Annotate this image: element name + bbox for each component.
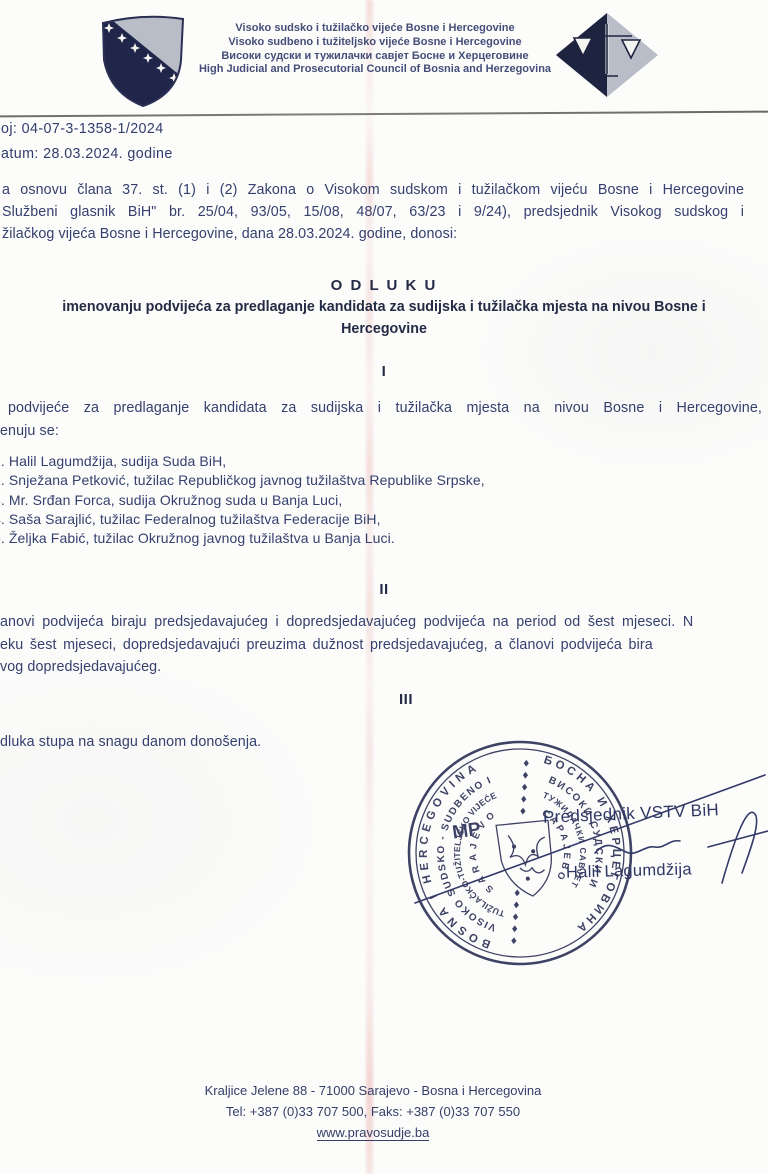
document-number: oj: 04-07-3-1358-1/2024 [1,121,164,137]
section-i-intro-line: enuju se: [0,420,59,442]
preamble-line: a osnovu člana 37. st. (1) i (2) Zakona … [2,179,744,201]
decision-subtitle-line: Hercegovine [0,321,768,337]
signature-stroke [390,755,768,920]
scanned-document-page: { "colors": { "ink": "#35406e", "ink_dar… [0,0,768,1174]
header-divider [0,111,768,118]
members-list: 1. Halil Lagumdžija, sudija Suda BiH, 2.… [0,452,485,548]
org-name-line-sr: Високи судски и тужилачки савјет Босне и… [190,50,560,64]
org-name-line-en: High Judicial and Prosecutorial Council … [190,63,560,77]
section-label-iii: III [0,691,768,708]
section-label-i: I [0,363,768,380]
section-label-ii: II [0,581,768,598]
decision-subtitle-line: imenovanju podvijeća za predlaganje kand… [0,299,768,315]
section-ii-line: anovi podvijeća biraju predsjedavajućeg … [0,611,693,633]
org-name-line-hr: Visoko sudbeno i tužiteljsko vijeće Bosn… [190,36,560,50]
member-item: 3. Mr. Srđan Forca, sudija Okružnog suda… [0,491,485,510]
section-i-intro-line: podvijeće za predlaganje kandidata za su… [8,397,762,419]
document-date: atum: 28.03.2024. godine [1,146,173,162]
footer-website: www.pravosudje.ba [0,1122,757,1143]
member-item: 4. Saša Sarajlić, tužilac Federalnog tuž… [0,510,485,529]
scales-of-justice-icon [552,10,662,100]
footer: Kraljice Jelene 88 - 71000 Sarajevo - Bo… [0,1080,757,1143]
section-iii-line: dluka stupa na snagu danom donošenja. [0,731,261,753]
member-item: 5. Željka Fabić, tužilac Okružnog javnog… [0,529,485,548]
footer-phone: Tel: +387 (0)33 707 500, Faks: +387 (0)3… [0,1101,757,1122]
bih-shield-icon [93,10,193,108]
handwritten-signature-icon [390,755,768,920]
section-ii-line: vog dopredsjedavajućeg. [0,656,161,678]
footer-website-text: www.pravosudje.ba [317,1125,430,1141]
member-item: 2. Snježana Petković, tužilac Republičko… [0,471,485,490]
footer-address: Kraljice Jelene 88 - 71000 Sarajevo - Bo… [0,1080,757,1101]
decision-title: O D L U K U [0,277,768,294]
org-name-line-bs: Visoko sudsko i tužilačko vijeće Bosne i… [190,22,560,36]
scales-logo [552,10,662,100]
section-ii-line: eku šest mjeseci, dopredsjedavajući preu… [0,634,653,656]
org-name-block: Visoko sudsko i tužilačko vijeće Bosne i… [190,22,560,77]
preamble-line: žilačkog vijeća Bosne i Hercegovine, dan… [2,223,457,245]
coat-of-arms-emblem [93,10,193,108]
preamble-line: Službeni glasnik BiH" br. 25/04, 93/05, … [2,201,744,223]
member-item: 1. Halil Lagumdžija, sudija Suda BiH, [0,452,485,471]
